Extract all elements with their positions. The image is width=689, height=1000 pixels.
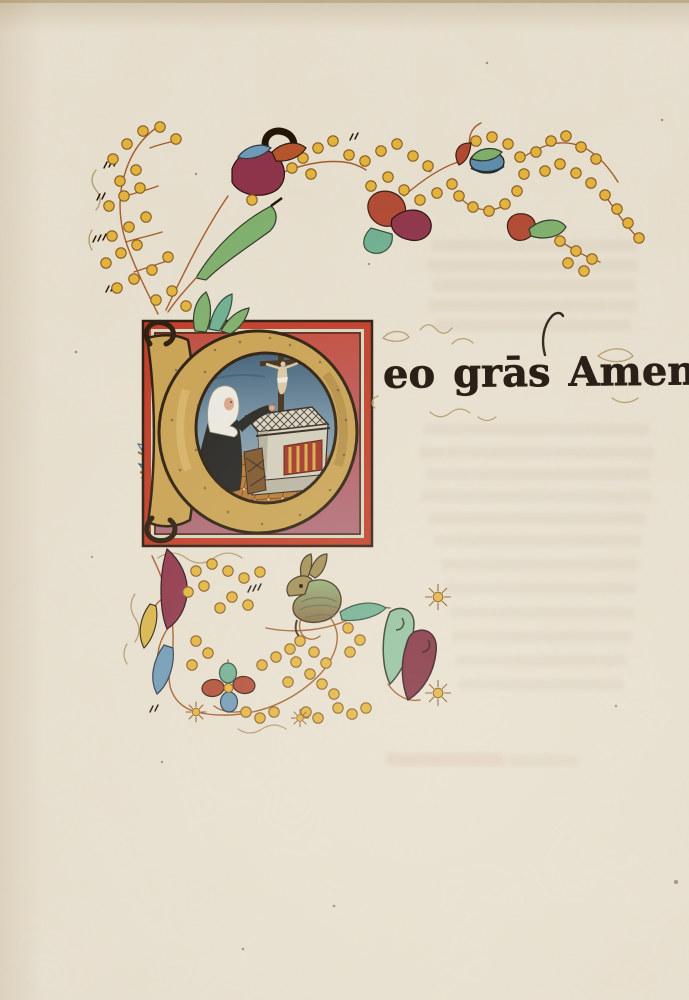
- illuminated-initial-d: D: [143, 292, 372, 546]
- text-line: eo grās Amen.: [383, 347, 689, 398]
- manuscript-page: D: [0, 0, 689, 1000]
- bleedthrough-rubric-ghost2: [508, 755, 578, 766]
- gothic-text: eo grās Amen.: [383, 347, 689, 397]
- manuscript-artwork: D: [0, 0, 689, 1000]
- bleedthrough-rubric-ghost: [386, 753, 504, 766]
